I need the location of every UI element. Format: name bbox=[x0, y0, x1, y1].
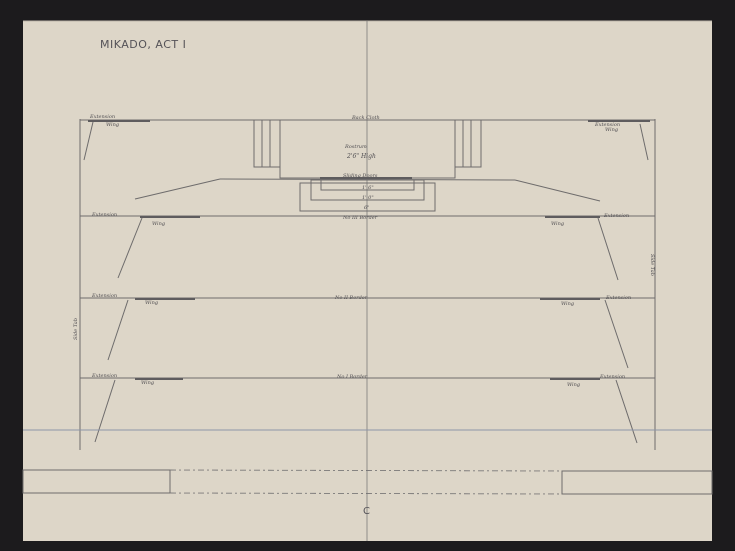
centre-mark: C bbox=[363, 506, 370, 517]
extension-label-2-right: Extension bbox=[605, 295, 631, 301]
wing-label-top-left: Wing bbox=[106, 122, 119, 128]
border-3-label: No III Border bbox=[342, 215, 378, 221]
step-height-3: 6" bbox=[364, 205, 369, 211]
extension-label-top-left: Extension bbox=[89, 114, 115, 120]
extension-label-1-right: Extension bbox=[599, 374, 625, 380]
wing-label-2-right: Wing bbox=[561, 301, 574, 307]
side-tab-label-left: Side Tab bbox=[73, 318, 79, 340]
border-1-label: No I Border bbox=[336, 374, 368, 380]
step-height-2: 1' 0" bbox=[362, 195, 374, 201]
rostrum-height: 2'6" High bbox=[346, 153, 376, 160]
stage-plan-svg: MIKADO, ACT I Back Cloth Extension Wing … bbox=[0, 0, 735, 551]
side-tab-label-right: Side Tab bbox=[649, 254, 655, 276]
wing-label-3-right: Wing bbox=[551, 221, 564, 227]
border-2-label: No II Border bbox=[334, 295, 368, 301]
wing-label-1-left: Wing bbox=[141, 380, 154, 386]
drawing-title: MIKADO, ACT I bbox=[100, 38, 186, 51]
sliding-doors-label: Sliding Doors bbox=[343, 173, 378, 179]
stage-plan-drawing: MIKADO, ACT I Back Cloth Extension Wing … bbox=[0, 0, 735, 551]
wing-label-3-left: Wing bbox=[152, 221, 165, 227]
extension-label-2-left: Extension bbox=[91, 293, 117, 299]
wing-label-1-right: Wing bbox=[567, 382, 580, 388]
wing-label-top-right: Wing bbox=[605, 127, 618, 133]
extension-label-1-left: Extension bbox=[91, 373, 117, 379]
wing-label-2-left: Wing bbox=[145, 300, 158, 306]
step-height-1: 1' 6" bbox=[362, 185, 374, 191]
paper-sheet bbox=[23, 21, 712, 541]
extension-label-3-left: Extension bbox=[91, 212, 117, 218]
rostrum-label: Rostrum bbox=[344, 144, 367, 150]
extension-label-3-right: Extension bbox=[603, 213, 629, 219]
